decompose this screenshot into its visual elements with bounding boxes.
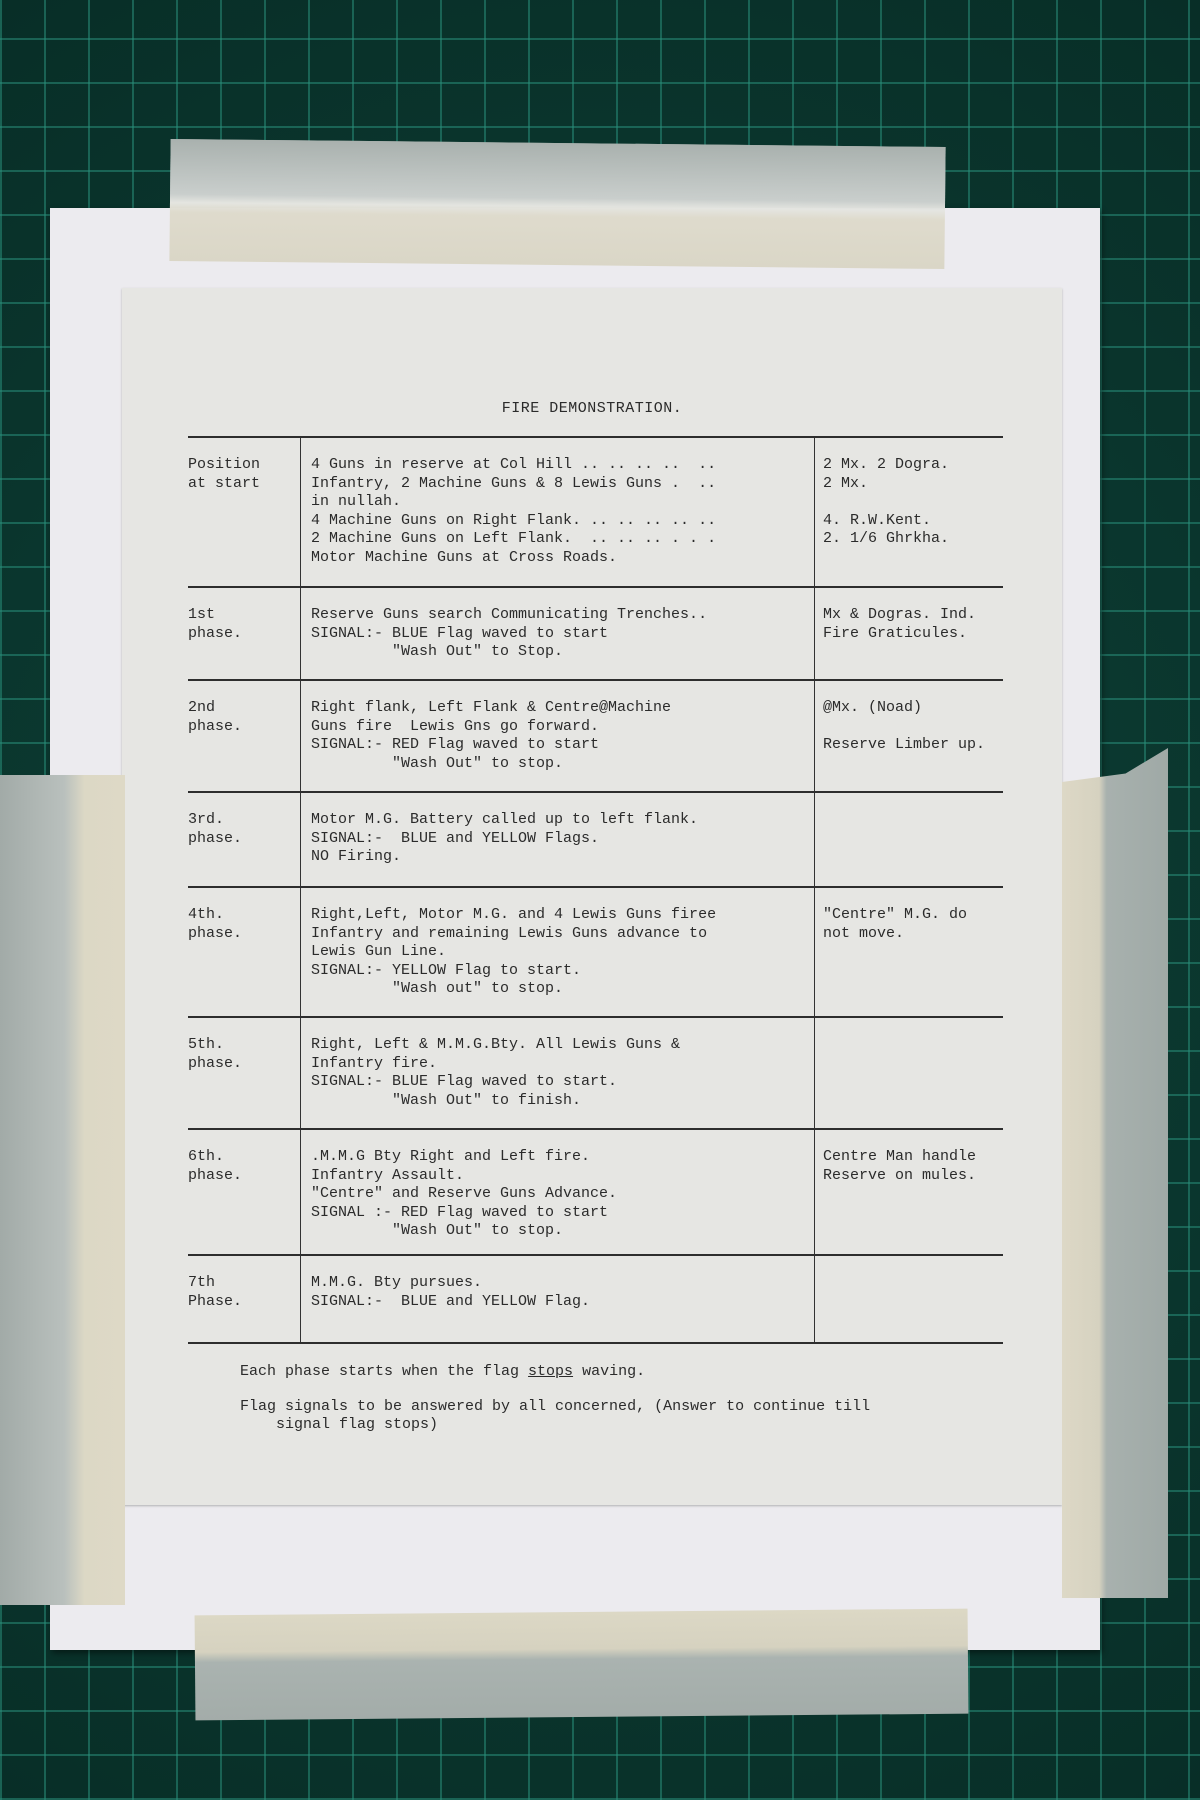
phase-table: Position at start 4 Guns in reserve at C… (188, 436, 1003, 1344)
table-row: Position at start 4 Guns in reserve at C… (188, 436, 1003, 586)
phase-remarks: @Mx. (Noad) Reserve Limber up. (815, 681, 1003, 791)
phase-action: M.M.G. Bty pursues. SIGNAL:- BLUE and YE… (300, 1256, 815, 1342)
note-phase-start: Each phase starts when the flag stops wa… (240, 1363, 870, 1382)
masking-tape-right (1062, 748, 1168, 1598)
phase-label: 2nd phase. (188, 681, 300, 791)
phase-action: Right,Left, Motor M.G. and 4 Lewis Guns … (300, 888, 815, 1016)
phase-remarks: Centre Man handle Reserve on mules. (815, 1130, 1003, 1255)
table-row: 6th. phase. .M.M.G Bty Right and Left fi… (188, 1128, 1003, 1254)
note-flag-signals: Flag signals to be answered by all conce… (240, 1398, 870, 1435)
phase-label: Position at start (188, 438, 300, 586)
note-underlined-word: stops (528, 1363, 573, 1380)
phase-action: .M.M.G Bty Right and Left fire. Infantry… (300, 1130, 815, 1255)
masking-tape-left (0, 775, 125, 1605)
phase-remarks (815, 793, 1003, 886)
table-row: 5th. phase. Right, Left & M.M.G.Bty. All… (188, 1016, 1003, 1128)
typed-document: FIRE DEMONSTRATION. Position at start 4 … (122, 288, 1062, 1505)
table-row: 3rd. phase. Motor M.G. Battery called up… (188, 791, 1003, 886)
phase-remarks (815, 1256, 1003, 1342)
note-text: waving. (573, 1363, 645, 1380)
phase-label: 4th. phase. (188, 888, 300, 1016)
table-row: 1st phase. Reserve Guns search Communica… (188, 586, 1003, 679)
footnotes: Each phase starts when the flag stops wa… (240, 1363, 870, 1451)
phase-action: Right, Left & M.M.G.Bty. All Lewis Guns … (300, 1018, 815, 1128)
masking-tape-bottom (195, 1609, 969, 1721)
phase-remarks: 2 Mx. 2 Dogra. 2 Mx. 4. R.W.Kent. 2. 1/6… (815, 438, 1003, 586)
phase-label: 6th. phase. (188, 1130, 300, 1255)
note-text: Each phase starts when the flag (240, 1363, 528, 1380)
phase-remarks: "Centre" M.G. do not move. (815, 888, 1003, 1016)
phase-remarks: Mx & Dogras. Ind. Fire Graticules. (815, 588, 1003, 679)
table-row: 7th Phase. M.M.G. Bty pursues. SIGNAL:- … (188, 1254, 1003, 1344)
phase-label: 1st phase. (188, 588, 300, 679)
document-title: FIRE DEMONSTRATION. (122, 400, 1062, 417)
phase-action: 4 Guns in reserve at Col Hill .. .. .. .… (300, 438, 815, 586)
table-row: 4th. phase. Right,Left, Motor M.G. and 4… (188, 886, 1003, 1016)
phase-action: Motor M.G. Battery called up to left fla… (300, 793, 815, 886)
phase-action: Right flank, Left Flank & Centre@Machine… (300, 681, 815, 791)
masking-tape-top-overlay (169, 139, 945, 269)
phase-action: Reserve Guns search Communicating Trench… (300, 588, 815, 679)
table-row: 2nd phase. Right flank, Left Flank & Cen… (188, 679, 1003, 791)
phase-remarks (815, 1018, 1003, 1128)
phase-label: 7th Phase. (188, 1256, 300, 1342)
phase-label: 3rd. phase. (188, 793, 300, 886)
phase-label: 5th. phase. (188, 1018, 300, 1128)
